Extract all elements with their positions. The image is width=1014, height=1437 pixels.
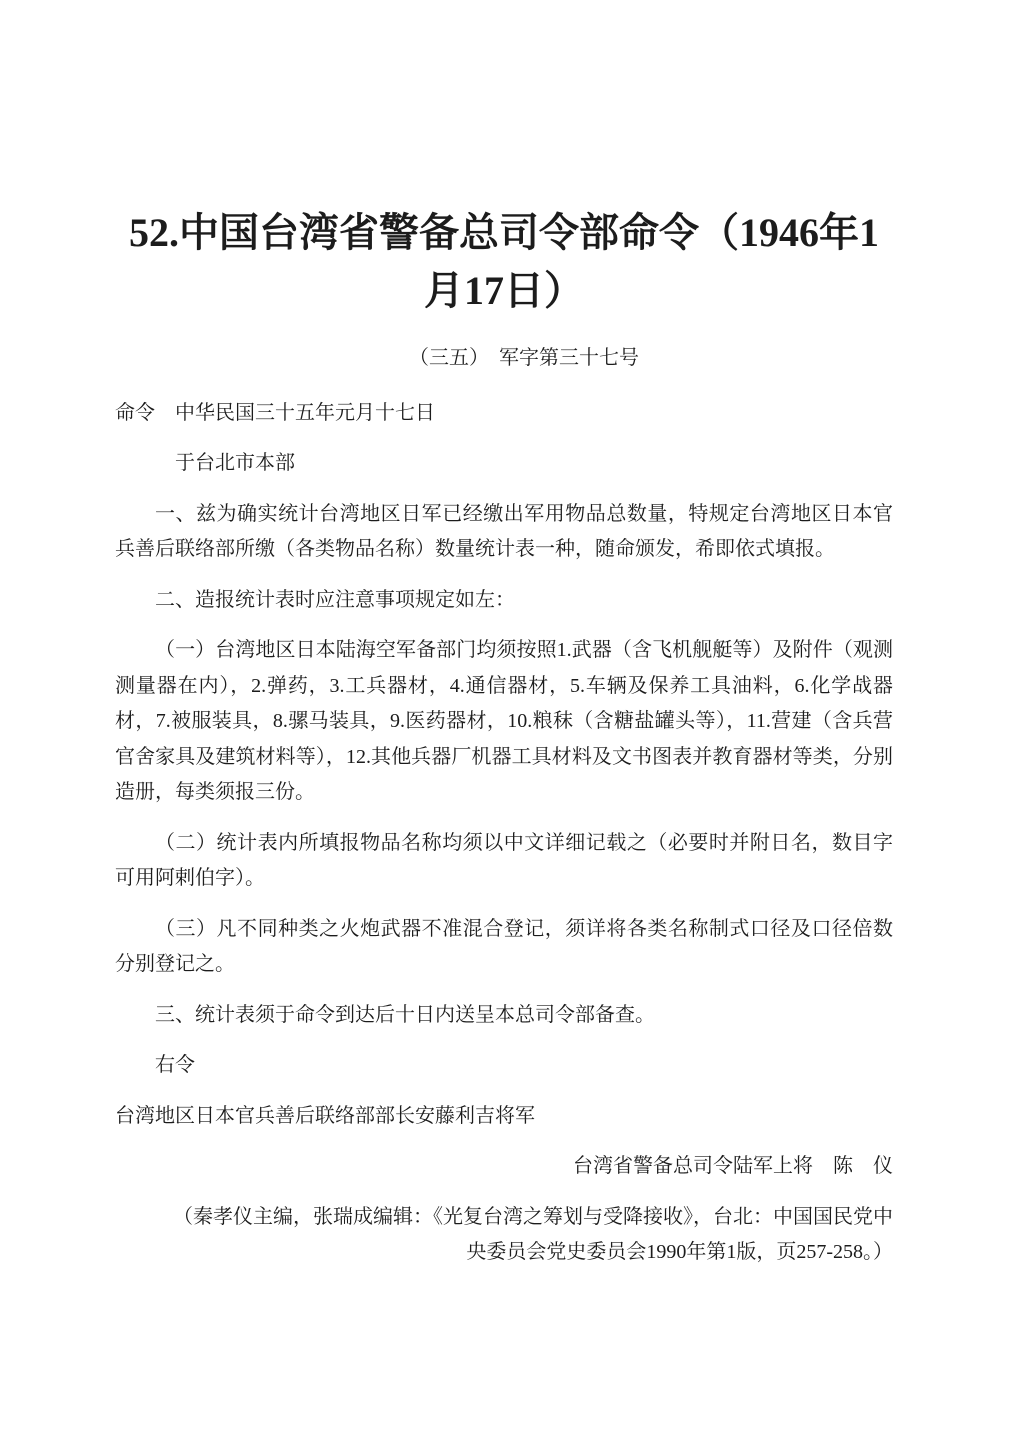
para-item-2: 二、造报统计表时应注意事项规定如左： bbox=[115, 583, 893, 619]
para-signature: 台湾省警备总司令陆军上将 陈 仪 bbox=[115, 1149, 893, 1185]
para-subitem-3: （三）凡不同种类之火炮武器不准混合登记，须详将各类名称制式口径及口径倍数分别登记… bbox=[115, 912, 893, 983]
para-item-1: 一、兹为确实统计台湾地区日军已经缴出军用物品总数量，特规定台湾地区日本官兵善后联… bbox=[115, 497, 893, 568]
document-title: 52.中国台湾省警备总司令部命令（1946年1月17日） bbox=[115, 204, 893, 319]
document-number: （三五） 军字第三十七号 bbox=[115, 341, 893, 377]
para-citation: （秦孝仪主编，张瑞成编辑：《光复台湾之筹划与受降接收》，台北：中国国民党中央委员… bbox=[115, 1200, 893, 1271]
para-location: 于台北市本部 bbox=[115, 446, 893, 482]
para-closing: 右令 bbox=[115, 1048, 893, 1084]
para-command-date: 命令 中华民国三十五年元月十七日 bbox=[115, 396, 893, 432]
para-item-3: 三、统计表须于命令到达后十日内送呈本总司令部备查。 bbox=[115, 998, 893, 1034]
para-japanese-commander: 台湾地区日本官兵善后联络部部长安藤利吉将军 bbox=[115, 1099, 893, 1135]
document-page: 52.中国台湾省警备总司令部命令（1946年1月17日） （三五） 军字第三十七… bbox=[0, 0, 1014, 1437]
para-subitem-2: （二）统计表内所填报物品名称均须以中文详细记载之（必要时并附日名，数目字可用阿剌… bbox=[115, 826, 893, 897]
para-subitem-1: （一）台湾地区日本陆海空军备部门均须按照1.武器（含飞机舰艇等）及附件（观测测量… bbox=[115, 633, 893, 811]
